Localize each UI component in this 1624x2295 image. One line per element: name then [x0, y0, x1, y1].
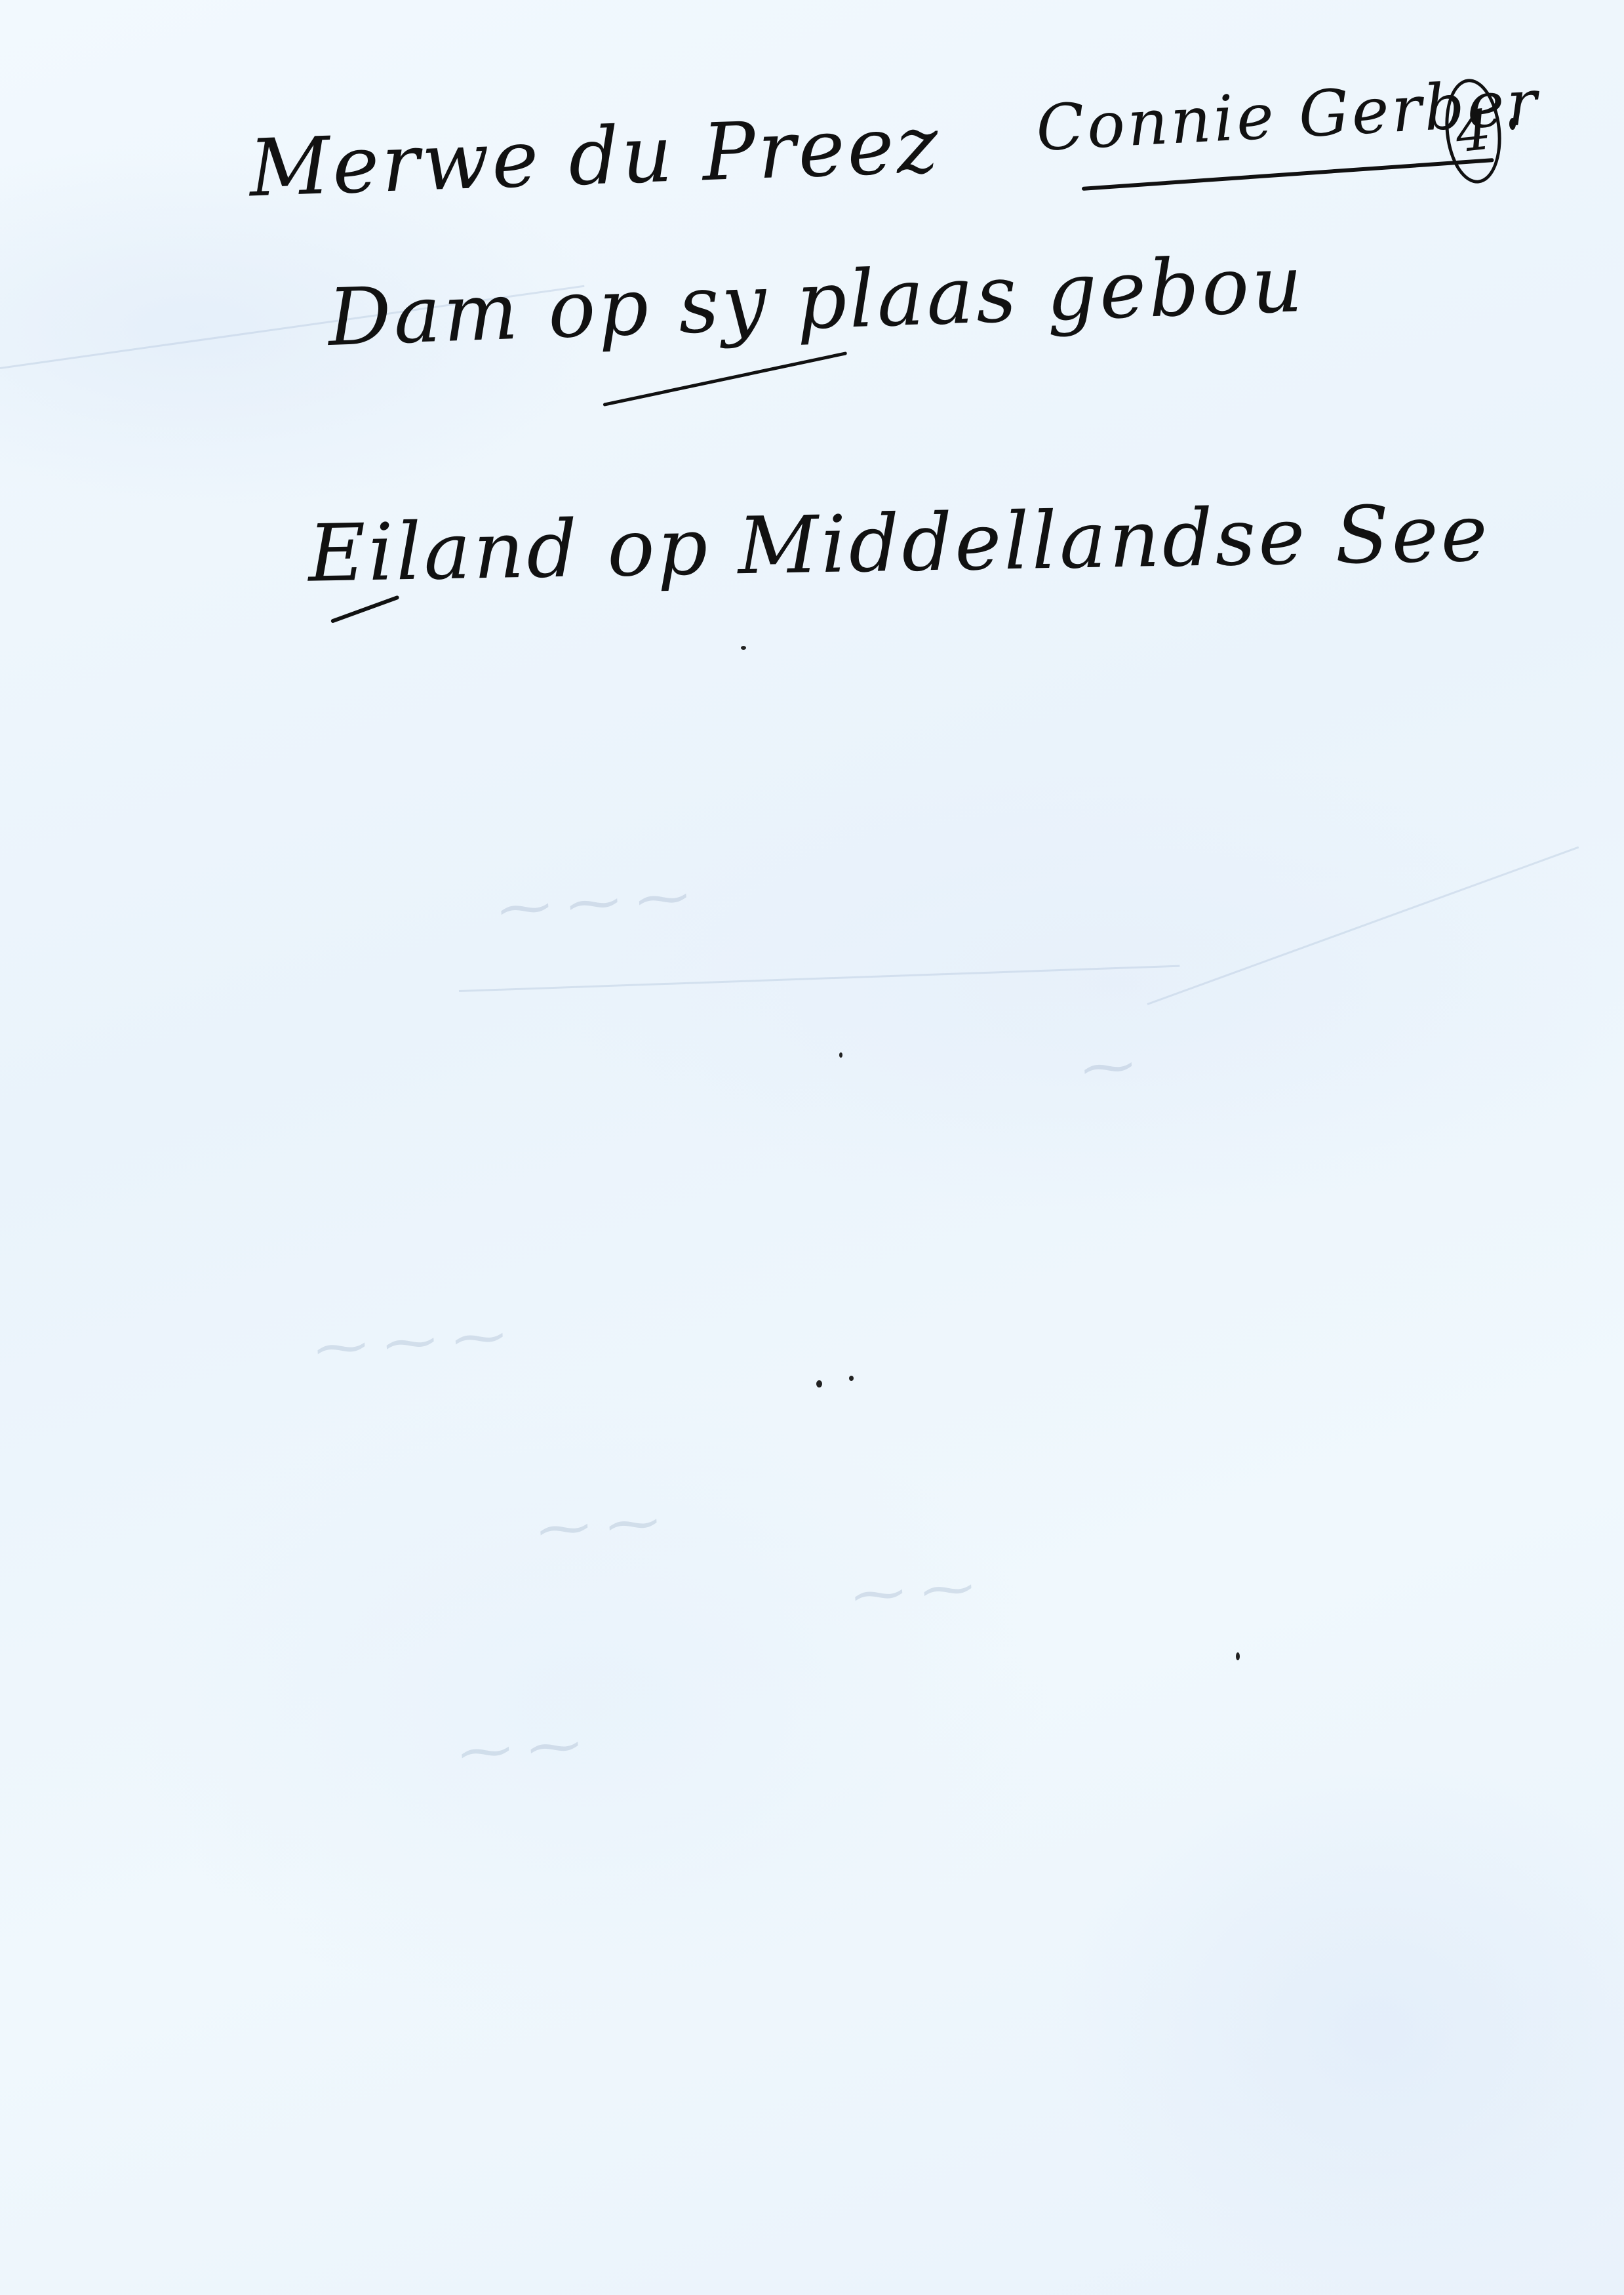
- ink-speck: [839, 1052, 842, 1058]
- ink-speck: [849, 1376, 854, 1381]
- page-number: 4: [1452, 97, 1494, 165]
- ink-dot: [1509, 118, 1516, 130]
- ink-speck: [741, 646, 746, 650]
- ink-speck: [816, 1380, 822, 1387]
- ink-speck: [1236, 1652, 1240, 1660]
